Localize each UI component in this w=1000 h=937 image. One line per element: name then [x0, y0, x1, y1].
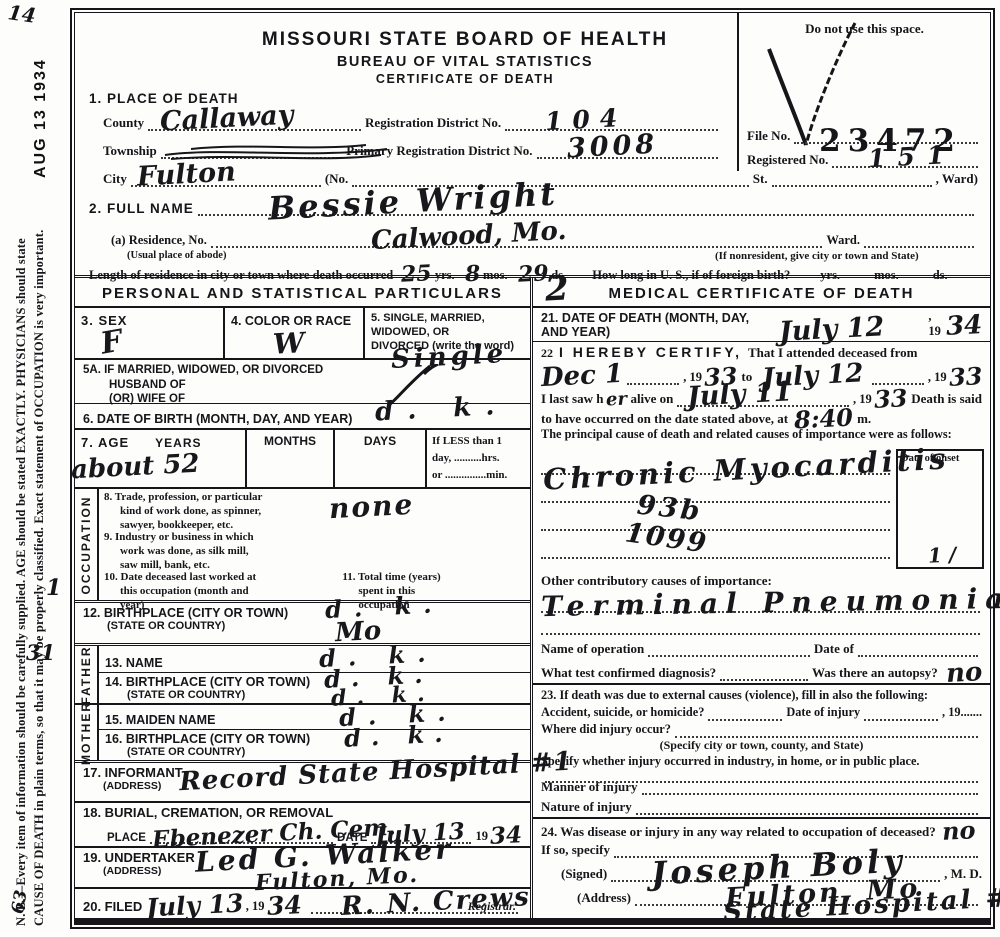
birthplace-sub-label: (STATE OR COUNTRY) — [107, 620, 522, 632]
primary-district-value: 3008 — [566, 131, 658, 163]
page-subtitle: BUREAU OF VITAL STATISTICS — [205, 54, 725, 70]
nature-label: Nature of injury — [541, 799, 632, 815]
days-cell: DAYS — [335, 430, 427, 487]
father-fields: 13. NAME d. k. 14. BIRTHPLACE (CITY OR T… — [99, 646, 530, 703]
test-label: What test confirmed diagnosis? — [541, 665, 716, 681]
ward-label: , Ward) — [936, 171, 978, 187]
county-leader: Callaway — [148, 116, 361, 131]
medical-heading: MEDICAL CERTIFICATE OF DEATH 2 — [533, 278, 990, 308]
trade-line-1: 8. Trade, profession, or particular — [104, 491, 525, 505]
color-label: 4. COLOR OR RACE — [231, 314, 351, 328]
principal-cause-value: Chronic Myocarditis — [543, 444, 951, 494]
spouse-label-2: HUSBAND OF — [109, 378, 522, 392]
filed-date-value: July 13 — [146, 890, 245, 920]
industry-line-3: saw mill, bank, etc. — [120, 559, 525, 573]
color-value: W — [272, 329, 305, 359]
medical-column: MEDICAL CERTIFICATE OF DEATH 2 21. DATE … — [533, 278, 990, 918]
contributory-area: Terminal Pneumonia — [541, 591, 984, 635]
registration-district-label: Registration District No. — [365, 115, 501, 131]
mother-vertical-text: MOTHER — [79, 701, 93, 765]
registered-no-line: Registered No. 151 — [747, 152, 982, 168]
registrar-label: Registrar. — [468, 899, 516, 914]
attend-from-value: Dec 1 — [540, 361, 623, 391]
injury-date-leader — [864, 706, 938, 721]
attend-from-leader — [627, 370, 679, 385]
date-of-injury-label: Date of injury — [786, 705, 860, 721]
md-label: , M. D. — [944, 866, 982, 882]
date-of-leader — [858, 642, 978, 657]
nature-line: Nature of injury — [533, 797, 990, 819]
to-19-label: , 19 — [928, 370, 947, 385]
age-value: about 52 — [70, 451, 200, 484]
where-injury-leader — [675, 723, 978, 738]
address-label: (Address) — [577, 890, 631, 906]
certificate-sheet: N. B.—Every item of information should b… — [0, 0, 1000, 937]
mother-bp-label: 16. BIRTHPLACE (CITY OR TOWN) — [105, 732, 524, 746]
dob-value: d. k. — [374, 393, 509, 426]
age-label: 7. AGE — [81, 435, 129, 450]
mother-side-label: MOTHER — [75, 705, 99, 760]
less-line-2: day, ..........hrs. — [432, 450, 525, 467]
color-cell: 4. COLOR OR RACE W — [225, 308, 365, 359]
last-saw-label-1: I last saw h — [541, 391, 604, 407]
contrib-line-2 — [541, 633, 980, 635]
filed-row: 20. FILED July 13 , 19 34 R. N. Crews Re… — [75, 889, 530, 918]
mother-bp-value: d. k. — [343, 722, 453, 752]
burial-19-label: 19 — [475, 829, 488, 844]
medical-heading-text: MEDICAL CERTIFICATE OF DEATH — [609, 285, 915, 302]
where-injury-label: Where did injury occur? — [541, 722, 671, 738]
county-line: County Callaway Registration District No… — [103, 115, 722, 131]
margin-mark-1: 1 — [46, 575, 61, 601]
registered-no-value: 151 — [868, 142, 957, 172]
less-line-1: If LESS than 1 — [432, 433, 525, 450]
nonresident-note: (If nonresident, give city or town and S… — [715, 250, 978, 262]
father-vertical-text: FATHER — [79, 645, 93, 704]
relation-line: 24. Was disease or injury in any way rel… — [541, 822, 982, 840]
page-mark: 2 — [544, 271, 571, 306]
registration-district-value: 104 — [545, 105, 628, 134]
county-label: County — [103, 115, 144, 131]
accident-leader — [708, 706, 782, 721]
cause-of-death-area: Date of onset 1 / Chronic Myocarditis 93… — [541, 447, 984, 573]
certify-text: I HEREBY CERTIFY, — [559, 344, 742, 360]
form-body: MISSOURI STATE BOARD OF HEALTH BUREAU OF… — [74, 12, 991, 925]
father-bp-label: 14. BIRTHPLACE (CITY OR TOWN) — [105, 675, 524, 689]
occupation-vertical-text: OCCUPATION — [79, 495, 93, 594]
occupation-relation-block: 24. Was disease or injury in any way rel… — [533, 819, 990, 918]
age-row: 7. AGE YEARS about 52 MONTHS DAYS If LES… — [75, 430, 530, 489]
injury-19-label: , 19....... — [942, 705, 982, 721]
county-value: Callaway — [160, 102, 295, 136]
city-label: City — [103, 171, 127, 187]
form-name: CERTIFICATE OF DEATH — [205, 72, 725, 86]
occurred-label: to have occurred on the date stated abov… — [541, 411, 788, 427]
relation-label: 24. Was disease or injury in any way rel… — [541, 824, 936, 840]
father-name-row: 13. NAME d. k. — [99, 646, 530, 673]
operation-label: Name of operation — [541, 641, 644, 657]
date-of-death-label: 21. DATE OF DEATH (MONTH, DAY, AND YEAR) — [541, 311, 771, 339]
township-leader — [161, 144, 343, 159]
death-time-value: 8:40 — [794, 405, 854, 432]
relation-value: no — [941, 818, 976, 844]
death-year-value: 34 — [945, 312, 982, 340]
death-said-label: Death is said — [911, 391, 982, 407]
filed-19-label: , 19 — [246, 899, 265, 914]
residence-label: (a) Residence, No. — [111, 233, 207, 248]
full-name-line: 2. FULL NAME Bessie Wright — [89, 201, 978, 216]
residence-value: Calwood, Mo. — [370, 218, 567, 254]
external-causes-line-1: 23. If death was due to external causes … — [541, 688, 982, 704]
residence-line: (a) Residence, No. Calwood, Mo. Ward. — [111, 233, 978, 248]
father-birthplace-row: 14. BIRTHPLACE (CITY OR TOWN) (STATE OR … — [99, 673, 530, 703]
birthplace-label: 12. BIRTHPLACE (CITY OR TOWN) — [83, 606, 522, 620]
accident-label: Accident, suicide, or homicide? — [541, 705, 704, 721]
residence-ward-leader — [864, 233, 974, 248]
mother-name-row: 15. MAIDEN NAME d. k. — [99, 705, 530, 730]
occupation-block: OCCUPATION 8. Trade, profession, or part… — [75, 489, 530, 603]
cause-line-3 — [541, 529, 890, 531]
township-line: Township Primary Registration District N… — [103, 143, 722, 159]
sex-cell: 3. SEX F — [75, 308, 225, 359]
months-cell: MONTHS — [247, 430, 335, 487]
cause-line-2 — [541, 501, 890, 503]
dob-label: 6. DATE OF BIRTH (MONTH, DAY, AND YEAR) — [83, 412, 352, 426]
city-leader: Fulton — [131, 172, 321, 187]
certify-text-2: That I attended deceased from — [748, 345, 917, 361]
onset-mark: 1 / — [927, 544, 956, 565]
sex-color-marital-row: 3. SEX F 4. COLOR OR RACE W 5. SINGLE, M… — [75, 308, 530, 361]
attend-to-year: 33 — [948, 364, 983, 390]
operation-line: Name of operation Date of — [533, 635, 990, 659]
informant-row: 17. INFORMANT (ADDRESS) Record State Hos… — [75, 763, 530, 802]
residence-leader: Calwood, Mo. — [211, 233, 822, 248]
date-of-label: Date of — [814, 641, 854, 657]
occupation-fields: 8. Trade, profession, or particular kind… — [99, 489, 530, 600]
filed-line: 20. FILED July 13 , 19 34 R. N. Crews — [83, 893, 522, 914]
specify-city-note: (Specify city or town, county, and State… — [541, 738, 982, 754]
street-leader — [772, 172, 932, 187]
father-name-label: 13. NAME — [105, 656, 163, 670]
date-of-death-row: 21. DATE OF DEATH (MONTH, DAY, AND YEAR)… — [533, 308, 990, 342]
item-22-number: 22 — [541, 346, 553, 361]
industry-line-1: 9. Industry or business in which — [104, 531, 525, 545]
less-than-day-cell: If LESS than 1 day, ..........hrs. or ..… — [427, 430, 530, 487]
age-years-cell: 7. AGE YEARS about 52 — [75, 430, 247, 487]
last-saw-19: , 19 — [853, 392, 872, 407]
nature-leader — [636, 800, 978, 815]
margin-mark-63: 63 — [8, 889, 32, 916]
spouse-label-1: 5A. IF MARRIED, WIDOWED, OR DIVORCED — [83, 363, 522, 377]
marital-label-1: 5. SINGLE, MARRIED, WIDOWED, OR — [371, 311, 524, 340]
manner-leader — [642, 780, 978, 795]
sex-value: F — [99, 326, 125, 359]
last-saw-label-2: alive on — [630, 391, 673, 407]
received-date-stamp: AUG 13 1934 — [32, 38, 50, 178]
burial-place-label: PLACE — [107, 832, 146, 844]
city-value: Fulton — [136, 158, 236, 190]
last-saw-pronoun: er — [605, 390, 627, 409]
burial-year-value: 34 — [489, 823, 522, 848]
form-title-block: MISSOURI STATE BOARD OF HEALTH BUREAU OF… — [205, 29, 725, 86]
street-label: St. — [753, 171, 768, 187]
autopsy-label: Was there an autopsy? — [812, 665, 938, 681]
autopsy-value: no — [945, 659, 983, 687]
dob-row: 6. DATE OF BIRTH (MONTH, DAY, AND YEAR) … — [75, 404, 530, 430]
personal-heading: PERSONAL AND STATISTICAL PARTICULARS — [75, 278, 530, 308]
external-causes-block: 23. If death was due to external causes … — [533, 685, 990, 777]
last-worked-line-2: this occupation (month and — [120, 585, 332, 599]
industry-line-2: work was done, as silk mill, — [120, 545, 525, 559]
undertaker-row: 19. UNDERTAKER (ADDRESS) Led G. Walker F… — [75, 848, 530, 889]
accident-line: Accident, suicide, or homicide? Date of … — [541, 704, 982, 721]
margin-mark-14: 14 — [6, 0, 37, 28]
last-worked-line-1: 10. Date deceased last worked at — [104, 571, 332, 585]
trade-row: 8. Trade, profession, or particular kind… — [99, 489, 530, 529]
if-so-label: If so, specify — [541, 842, 610, 858]
registered-no-label: Registered No. — [747, 152, 828, 168]
margin-note-line1: N. B.—Every item of information should b… — [12, 14, 30, 926]
operation-leader — [648, 642, 810, 657]
mother-name-label: 15. MAIDEN NAME — [105, 713, 215, 727]
contributory-value: Terminal Pneumonia — [541, 585, 1000, 621]
father-block: FATHER 13. NAME d. k. 14. BIRTHPLACE (CI… — [75, 646, 530, 705]
township-label: Township — [103, 143, 157, 159]
filed-year-value: 34 — [266, 892, 302, 919]
where-injury-line: Where did injury occur? — [541, 721, 982, 738]
total-time-line-1: 11. Total time (years) — [342, 571, 525, 585]
birthplace-row: 12. BIRTHPLACE (CITY OR TOWN) (STATE OR … — [75, 603, 530, 646]
certify-line: 22 I HEREBY CERTIFY, That I attended dec… — [541, 344, 982, 361]
cause-line-4 — [541, 557, 890, 559]
trade-value: none — [328, 491, 415, 523]
father-side-label: FATHER — [75, 646, 99, 703]
filed-label: 20. FILED — [83, 899, 142, 914]
less-line-3: or ...............min. — [432, 467, 525, 484]
m-label: m. — [857, 411, 871, 427]
registered-no-leader: 151 — [832, 153, 978, 168]
date-of-death-value: July 12 — [778, 313, 885, 345]
registration-district-leader: 104 — [505, 116, 718, 131]
last-saw-date: July 11 — [687, 378, 794, 410]
certify-block: 22 I HEREBY CERTIFY, That I attended dec… — [533, 342, 990, 447]
occupation-side-label: OCCUPATION — [75, 489, 99, 600]
full-name-label: 2. FULL NAME — [89, 201, 194, 216]
test-autopsy-line: What test confirmed diagnosis? Was there… — [533, 659, 990, 685]
trade-line-2: kind of work done, as spinner, — [120, 505, 525, 519]
marital-cell: 5. SINGLE, MARRIED, WIDOWED, OR DIVORCED… — [365, 308, 530, 359]
margin-mark-31: 31 — [26, 640, 55, 665]
file-no-label: File No. — [747, 128, 790, 144]
last-saw-year: 33 — [873, 386, 908, 412]
main-columns: PERSONAL AND STATISTICAL PARTICULARS 3. … — [75, 275, 990, 918]
death-19-label: , 19 — [928, 309, 943, 339]
primary-district-leader: 3008 — [537, 144, 719, 159]
signed-label: (Signed) — [561, 866, 607, 882]
full-name-leader: Bessie Wright — [198, 201, 974, 216]
test-leader — [720, 666, 808, 681]
page-title: MISSOURI STATE BOARD OF HEALTH — [205, 29, 725, 51]
residence-ward-label: Ward. — [826, 233, 860, 248]
personal-column: PERSONAL AND STATISTICAL PARTICULARS 3. … — [75, 278, 533, 918]
industry-row: 9. Industry or business in which work wa… — [99, 529, 530, 569]
form-border: MISSOURI STATE BOARD OF HEALTH BUREAU OF… — [70, 8, 995, 929]
